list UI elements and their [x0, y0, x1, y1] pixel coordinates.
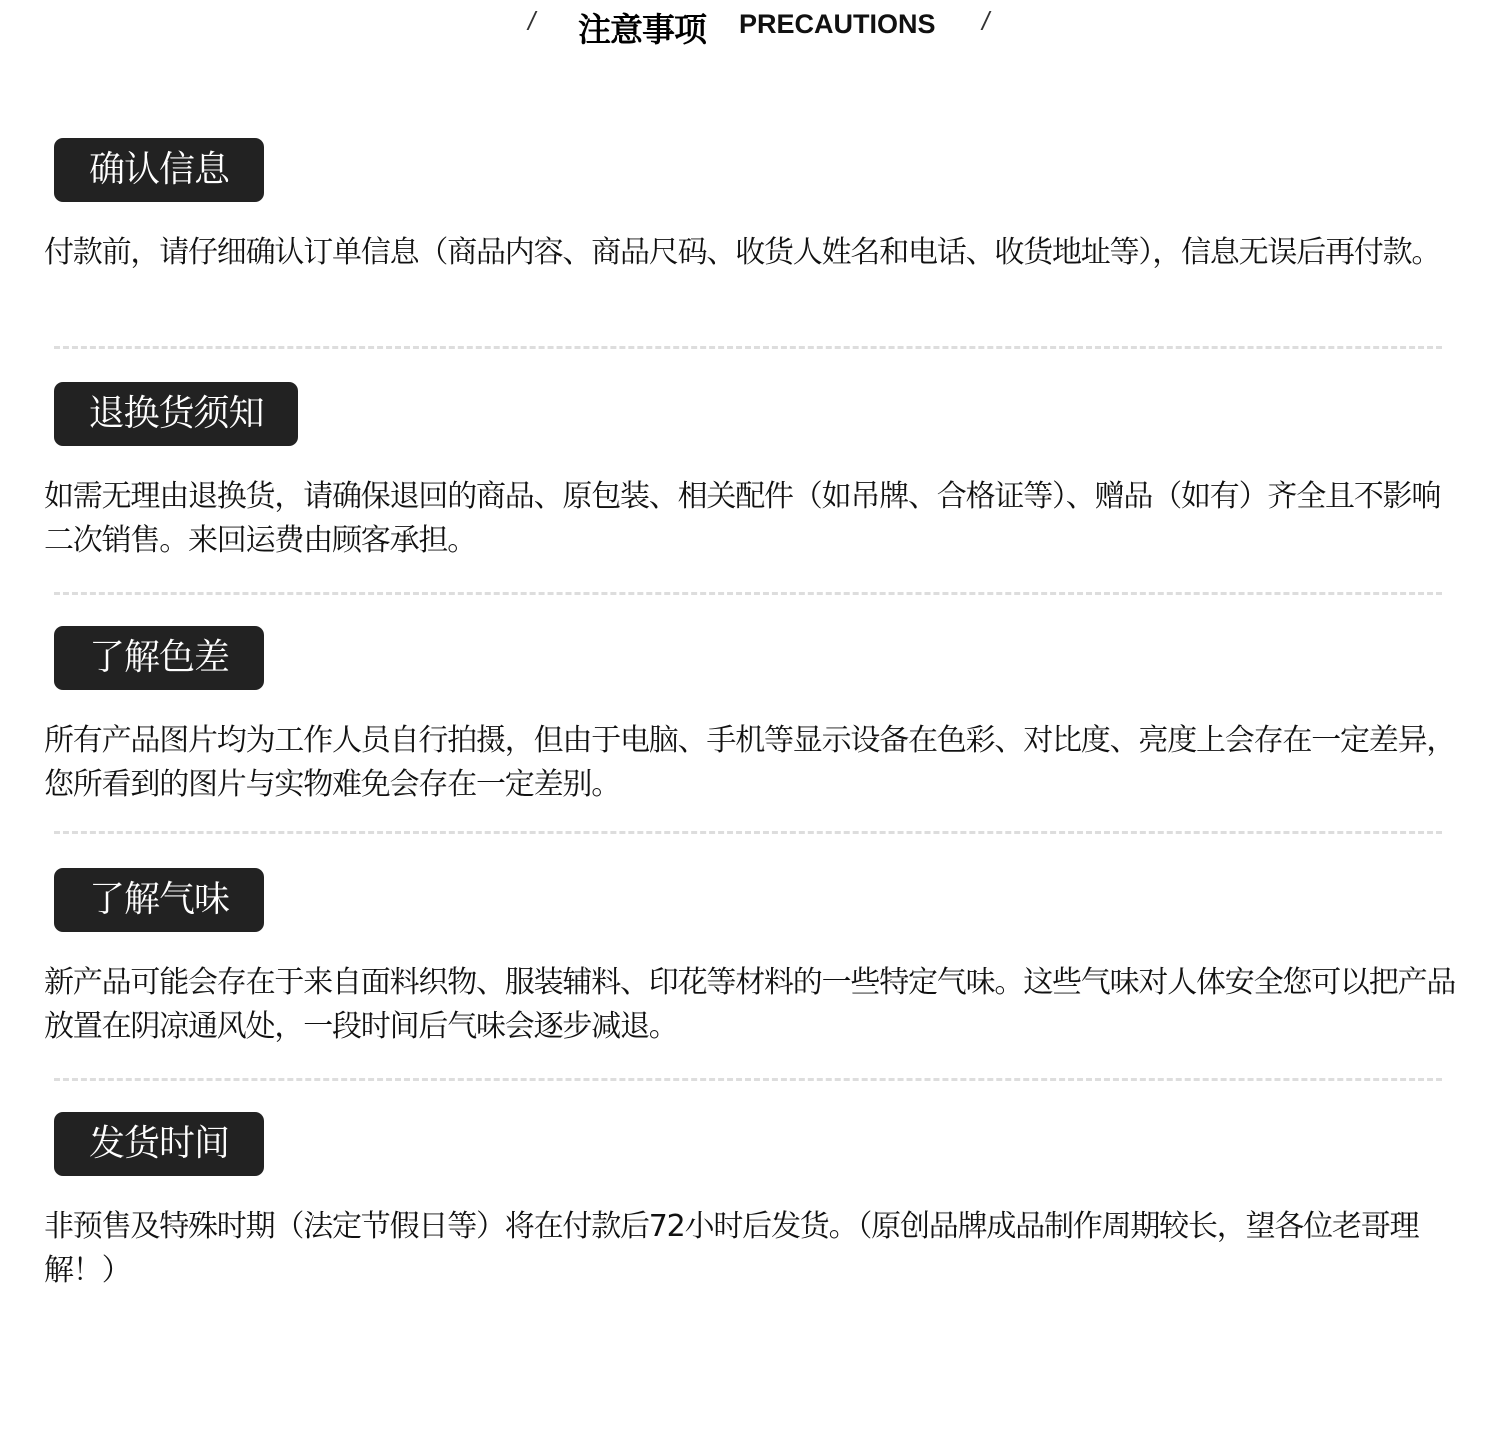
page-header: / 注意事项 PRECAUTIONS / — [0, 0, 1500, 56]
section-tag-shipping-time: 发货时间 — [54, 1112, 264, 1176]
slash-decoration-right: / — [982, 6, 989, 37]
section-text-shipping-time: 非预售及特殊时期（法定节假日等）将在付款后72小时后发货。（原创品牌成品制作周期… — [44, 1205, 1464, 1293]
section-text-odor: 新产品可能会存在于来自面料织物、服装辅料、印花等材料的一些特定气味。这些气味对人… — [44, 961, 1464, 1049]
dashed-divider — [54, 831, 1442, 834]
section-text-color-difference: 所有产品图片均为工作人员自行拍摄，但由于电脑、手机等显示设备在色彩、对比度、亮度… — [44, 719, 1464, 807]
slash-decoration-left: / — [528, 6, 535, 37]
section-tag-return-policy: 退换货须知 — [54, 382, 298, 446]
section-tag-confirm-info: 确认信息 — [54, 138, 264, 202]
dashed-divider — [54, 1078, 1442, 1081]
section-text-return-policy: 如需无理由退换货，请确保退回的商品、原包装、相关配件（如吊牌、合格证等）、赠品（… — [44, 475, 1464, 563]
dashed-divider — [54, 592, 1442, 595]
page-title-english: PRECAUTIONS — [739, 9, 936, 40]
page-title-chinese: 注意事项 — [578, 4, 706, 51]
section-tag-odor: 了解气味 — [54, 868, 264, 932]
section-tag-color-difference: 了解色差 — [54, 626, 264, 690]
section-text-confirm-info: 付款前，请仔细确认订单信息（商品内容、商品尺码、收货人姓名和电话、收货地址等），… — [44, 231, 1464, 275]
dashed-divider — [54, 346, 1442, 349]
